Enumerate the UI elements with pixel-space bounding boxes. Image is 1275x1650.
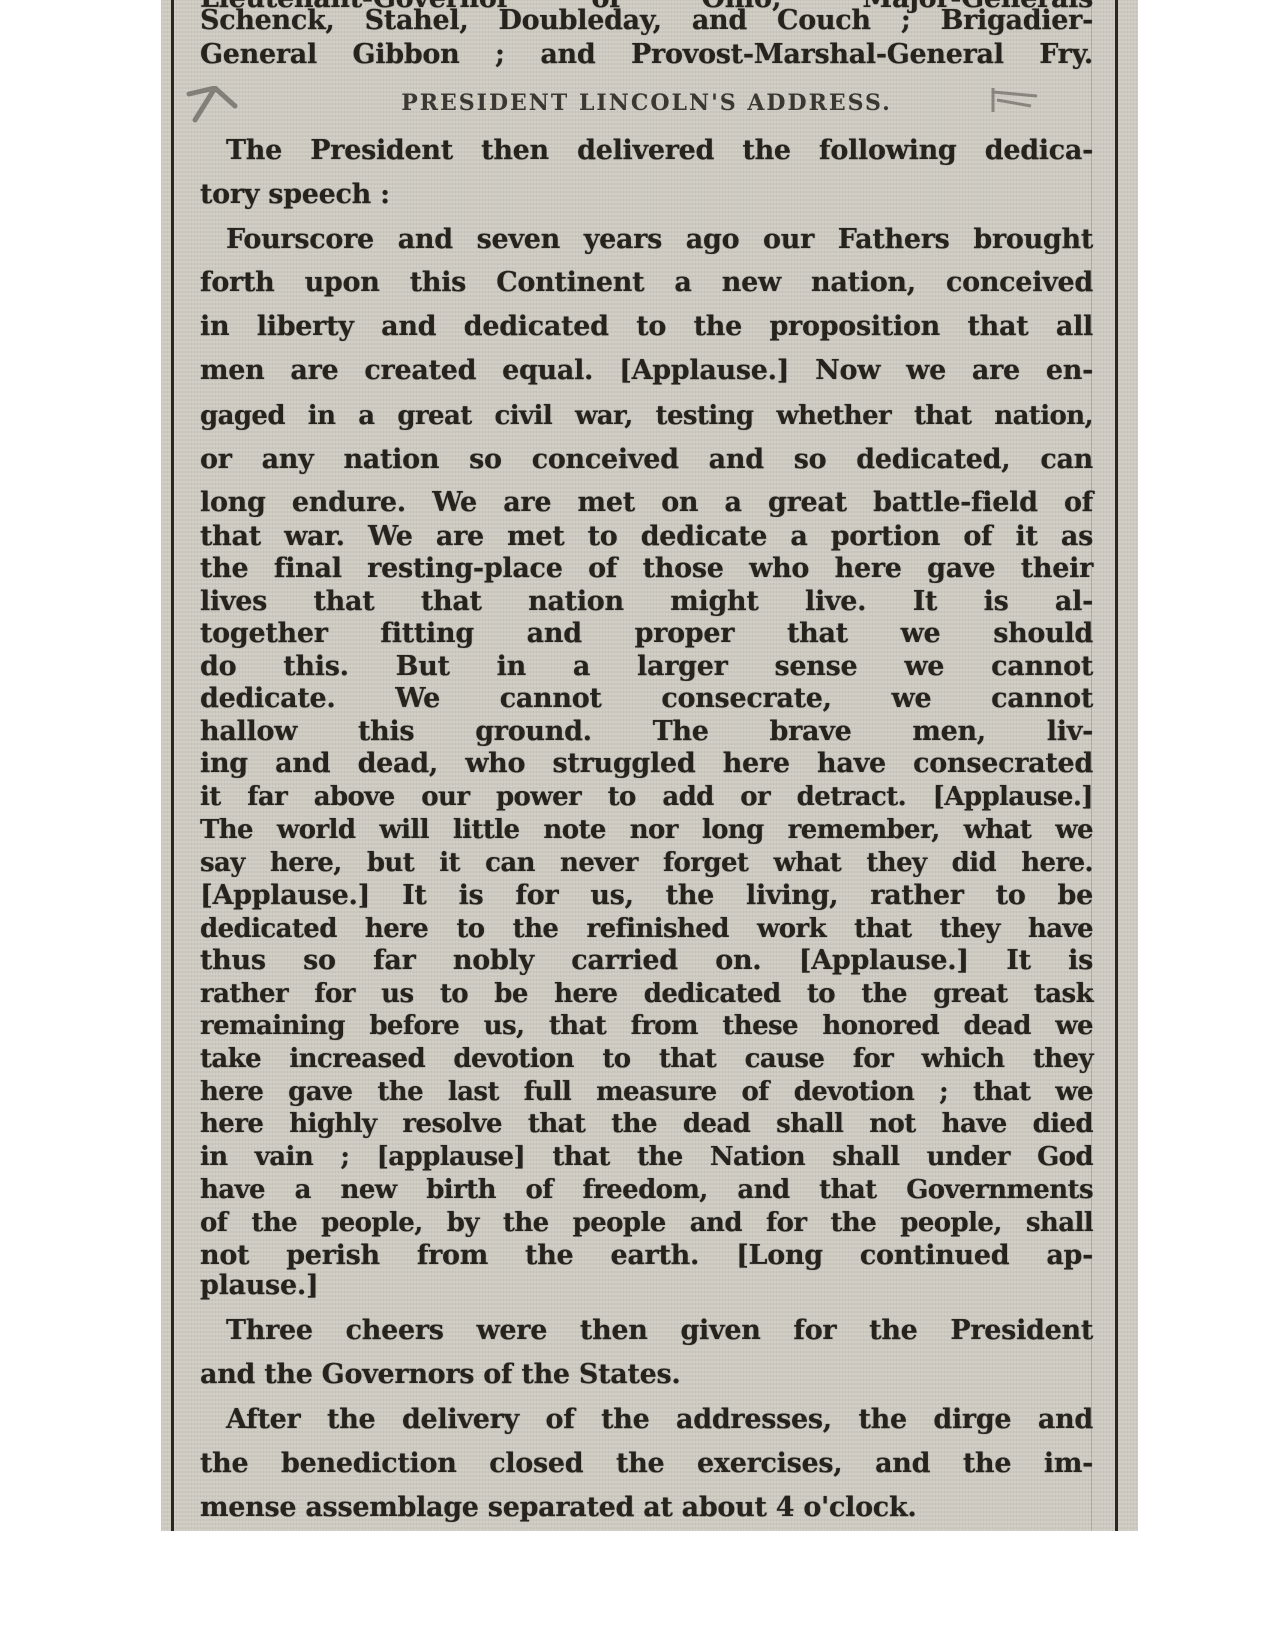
text-line: Schenck, Stahel, Doubleday, and Couch ; … — [200, 6, 1093, 36]
speech-line: [Applause.] It is for us, the living, ra… — [200, 881, 1093, 911]
column-rule-left — [171, 0, 174, 1531]
speech-line: lives that that nation might live. It is… — [200, 587, 1093, 617]
column-rule-right — [1115, 0, 1118, 1531]
text-line: General Gibbon ; and Provost-Marshal-Gen… — [200, 40, 1093, 70]
speech-line: say here, but it can never forget what t… — [200, 848, 1093, 878]
speech-line: dedicated here to the refinished work th… — [200, 914, 1093, 944]
speech-line: The world will little note nor long reme… — [200, 815, 1093, 845]
speech-line: rather for us to be here dedicated to th… — [200, 979, 1093, 1009]
speech-line: ing and dead, who struggled here have co… — [200, 749, 1093, 779]
speech-line: together fitting and proper that we shou… — [200, 619, 1093, 649]
speech-line: Fourscore and seven years ago our Father… — [200, 225, 1093, 255]
speech-line: not perish from the earth. [Long continu… — [200, 1241, 1093, 1271]
speech-line: long endure. We are met on a great battl… — [200, 488, 1093, 518]
newspaper-clipping: Lieutenant-Governor of Ohio; Major-Gener… — [161, 0, 1138, 1531]
speech-line: here highly resolve that the dead shall … — [200, 1109, 1093, 1139]
paragraph-line: The President then delivered the followi… — [200, 136, 1093, 166]
speech-line: that war. We are met to dedicate a porti… — [200, 522, 1093, 552]
speech-line: in vain ; [applause] that the Nation sha… — [200, 1142, 1093, 1172]
speech-line: forth upon this Continent a new nation, … — [200, 268, 1093, 298]
speech-line: dedicate. We cannot consecrate, we canno… — [200, 684, 1093, 714]
paragraph-line: Three cheers were then given for the Pre… — [200, 1316, 1093, 1346]
paragraph-line: tory speech : — [200, 180, 1093, 210]
paragraph-line: the benediction closed the exercises, an… — [200, 1449, 1093, 1479]
paragraph-line: and the Governors of the States. — [200, 1360, 1093, 1390]
speech-line: thus so far nobly carried on. [Applause.… — [200, 946, 1093, 976]
speech-line: do this. But in a larger sense we cannot — [200, 652, 1093, 682]
speech-line: remaining before us, that from these hon… — [200, 1011, 1093, 1041]
speech-line: hallow this ground. The brave men, liv- — [200, 717, 1093, 747]
speech-line: here gave the last full measure of devot… — [200, 1077, 1093, 1107]
paragraph-line: mense assemblage separated at about 4 o'… — [200, 1493, 1093, 1523]
speech-line: of the people, by the people and for the… — [200, 1208, 1093, 1238]
speech-line: in liberty and dedicated to the proposit… — [200, 312, 1093, 342]
speech-line: plause.] — [200, 1271, 1093, 1301]
speech-line: it far above our power to add or detract… — [200, 782, 1093, 812]
paragraph-line: After the delivery of the addresses, the… — [200, 1405, 1093, 1435]
speech-line: or any nation so conceived and so dedica… — [200, 445, 1093, 475]
section-heading: PRESIDENT LINCOLN'S ADDRESS. — [200, 90, 1093, 116]
speech-line: the final resting-place of those who her… — [200, 554, 1093, 584]
speech-line: gaged in a great civil war, testing whet… — [200, 401, 1093, 431]
speech-line: men are created equal. [Applause.] Now w… — [200, 356, 1093, 386]
speech-line: have a new birth of freedom, and that Go… — [200, 1175, 1093, 1205]
speech-line: take increased devotion to that cause fo… — [200, 1044, 1093, 1074]
